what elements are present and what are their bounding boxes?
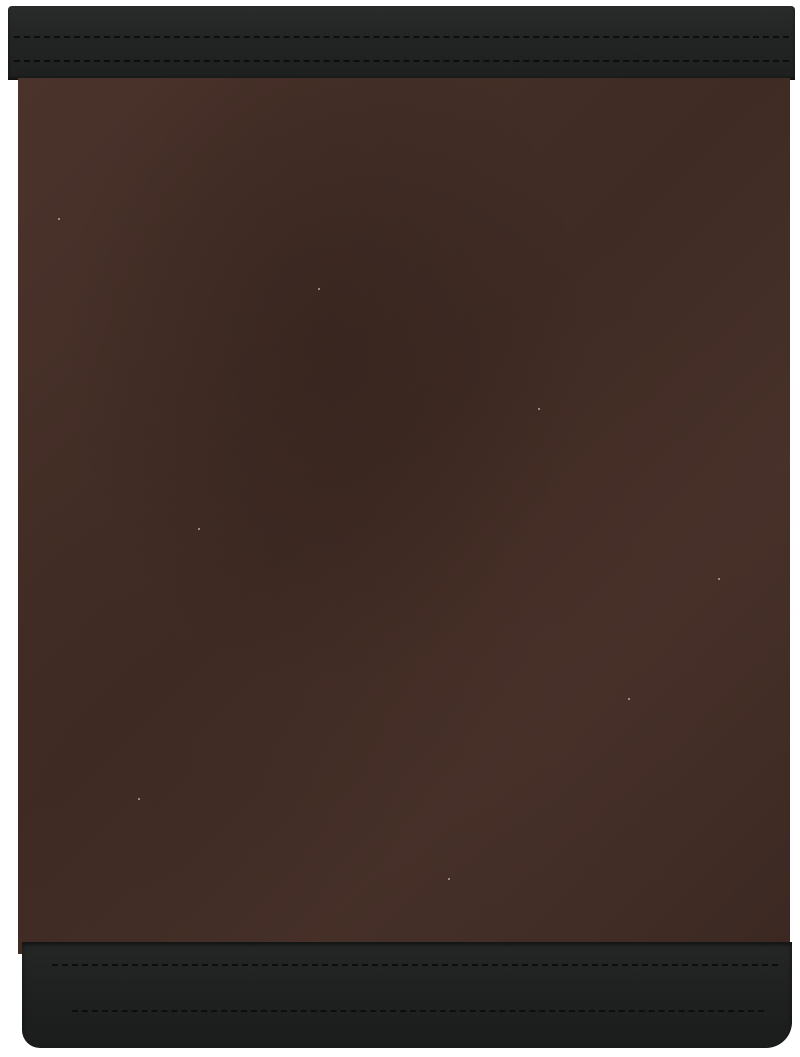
top-stitch-line-2	[14, 60, 789, 62]
top-stitch-line-1	[14, 36, 789, 38]
bottom-stitch-line-2	[72, 1010, 764, 1012]
top-trim-band	[8, 6, 795, 80]
wallet	[8, 6, 795, 1048]
bottom-stitch-line-1	[52, 964, 778, 966]
bottom-trim-band	[22, 942, 792, 1048]
leather-panel	[18, 78, 790, 954]
